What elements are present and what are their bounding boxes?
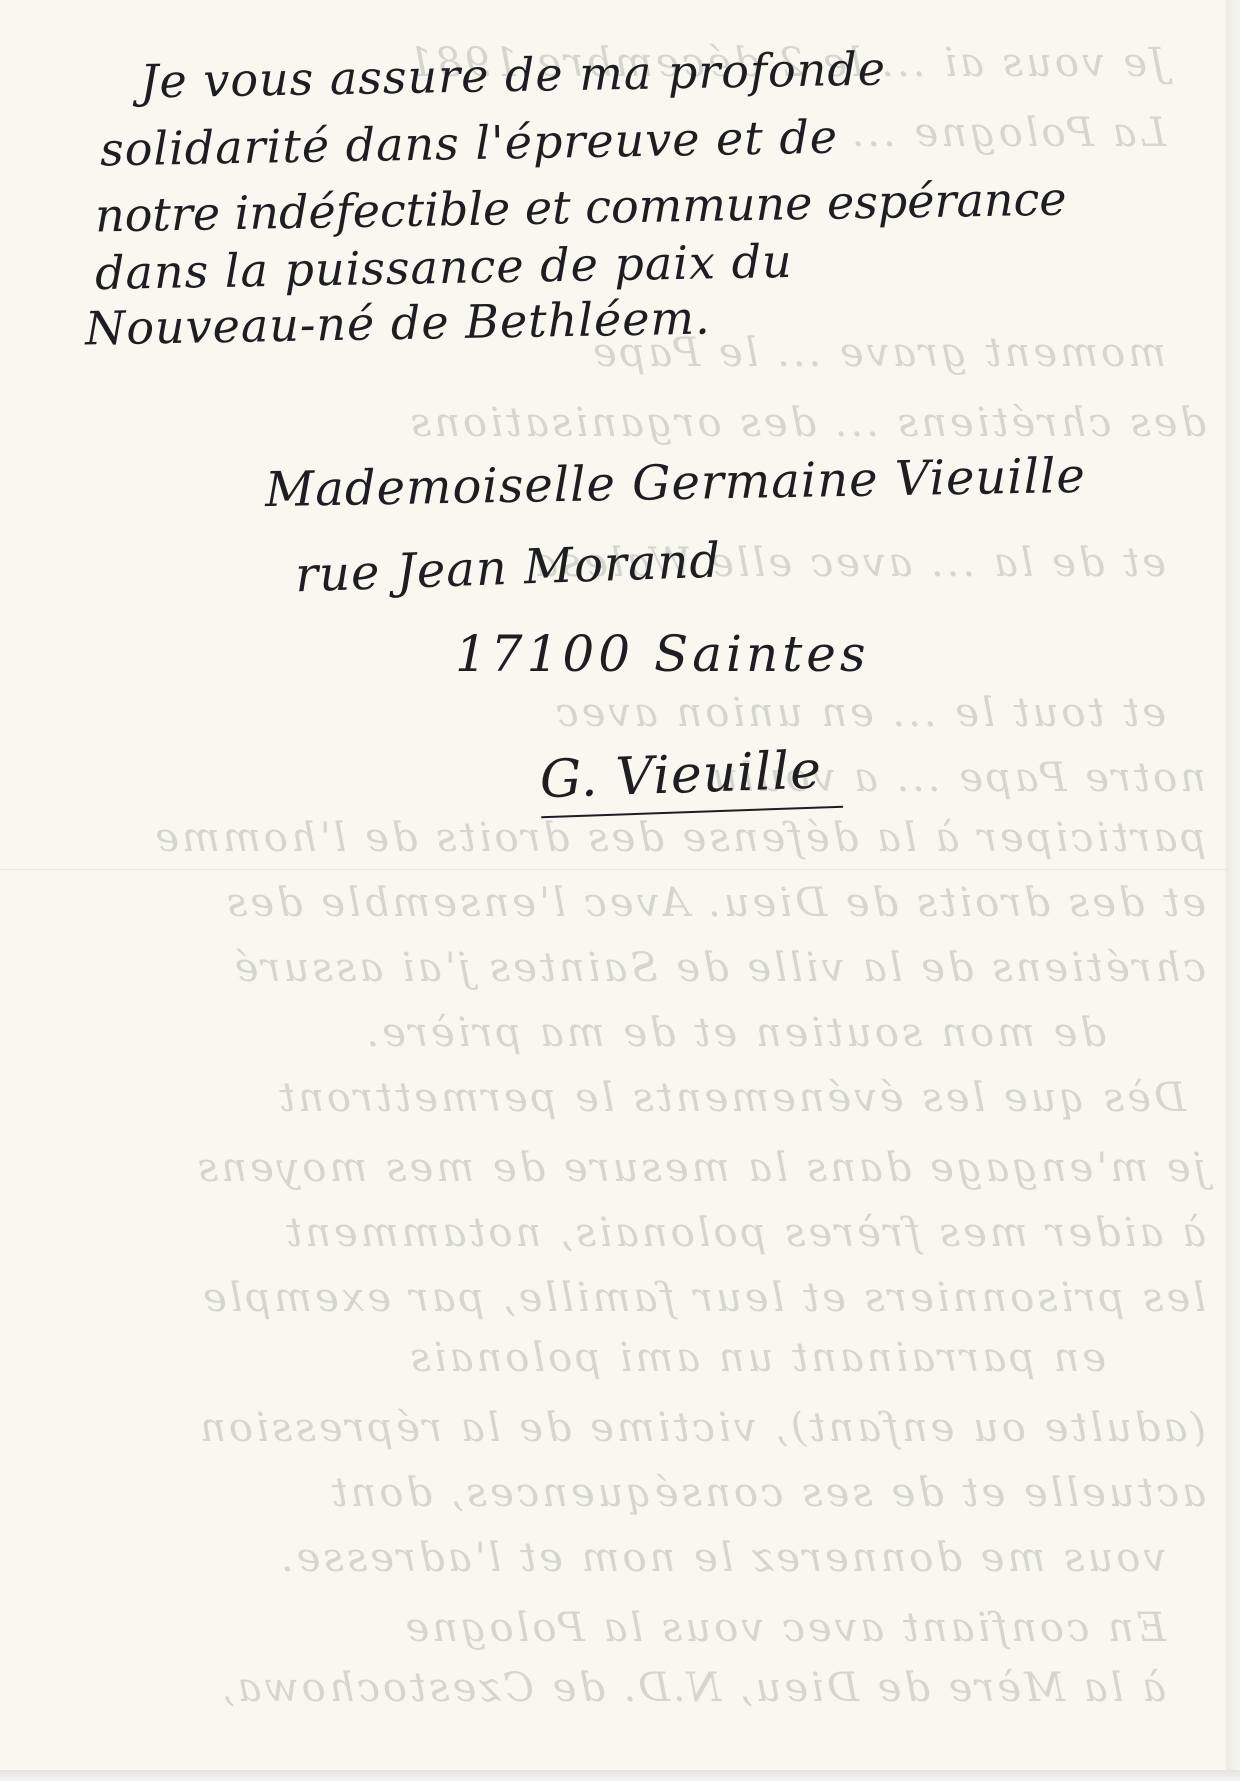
- bleed-line: En confiant avec vous la Pologne: [403, 1605, 1166, 1651]
- letter-page: Je vous ai ... le 2 décembre 1981 La Pol…: [0, 0, 1226, 1770]
- bleed-line: des chrétiens ... des organisations: [408, 400, 1206, 446]
- signature: G. Vieuille: [539, 740, 843, 818]
- address-recipient: Mademoiselle Germaine Vieuille: [265, 448, 1087, 518]
- body-line: solidarité dans l'épreuve et de: [100, 110, 839, 177]
- bleed-line: je m'engage dans la mesure de mes moyens: [195, 1145, 1206, 1191]
- page-bottom-edge: [0, 1770, 1240, 1781]
- bleed-line: chrétiens de la ville de Saintes j'ai as…: [232, 945, 1206, 991]
- bleed-line: les prisonniers et leur famille, par exe…: [200, 1275, 1206, 1321]
- bleed-line: La Pologne ...: [849, 110, 1166, 156]
- body-line: notre indéfectible et commune espérance: [95, 172, 1067, 243]
- body-line: Nouveau-né de Bethléem.: [85, 291, 712, 356]
- bleed-line: et tout le ... en union avec: [553, 690, 1166, 736]
- bleed-line: en parrainant un ami polonais: [407, 1335, 1106, 1381]
- bleed-line: et des droits de Dieu. Avec l'ensemble d…: [224, 880, 1206, 926]
- paper-fold-crease: [0, 869, 1226, 871]
- page-edge-shadow: [1226, 0, 1240, 1781]
- address-city: 17100 Saintes: [455, 625, 870, 683]
- body-line: Je vous assure de ma profonde: [140, 41, 887, 108]
- bleed-line: participer à la défense des droits de l'…: [152, 815, 1206, 861]
- bleed-line: Dès que les événements le permettront: [276, 1075, 1186, 1121]
- bleed-line: (adulte ou enfant), victime de la répres…: [197, 1405, 1206, 1451]
- bleed-line: vous me donnerez le nom et l'adresse.: [278, 1535, 1166, 1581]
- bleed-line: à aider mes frères polonais, notamment: [283, 1210, 1206, 1256]
- address-street: rue Jean Morand: [294, 533, 722, 604]
- bleed-line: de mon soutien et de ma prière.: [363, 1010, 1106, 1056]
- bleed-line: à la Mère de Dieu, N.D. de Czestochowa,: [219, 1665, 1166, 1711]
- bleed-line: actuelle et de ses conséquences, dont: [329, 1470, 1206, 1516]
